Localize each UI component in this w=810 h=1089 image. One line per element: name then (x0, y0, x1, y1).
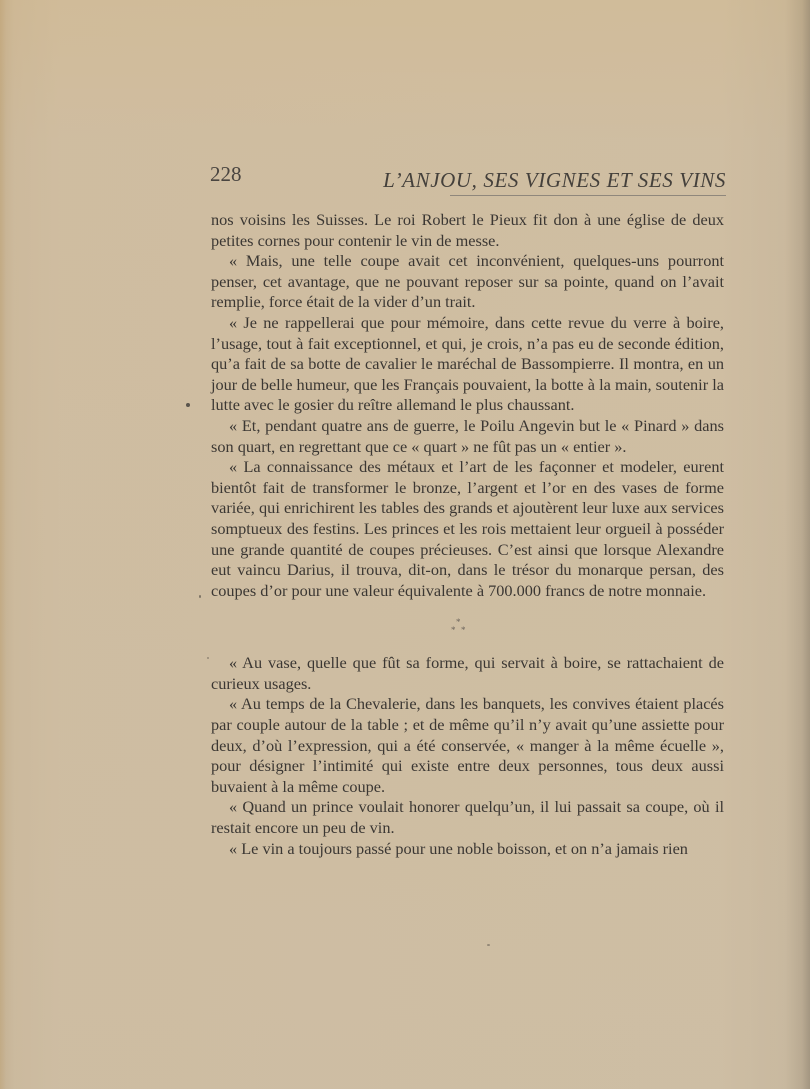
running-title: L’ANJOU, SES VIGNES ET SES VINS (383, 168, 726, 193)
paragraph: « Le vin a toujours passé pour une noble… (211, 839, 724, 860)
page-right-edge-shadow (802, 0, 810, 1089)
paragraph: « Au temps de la Chevalerie, dans les ba… (211, 694, 724, 797)
asterism-star-icon: * (456, 618, 461, 627)
paragraph: « Quand un prince voulait honorer quelqu… (211, 797, 724, 838)
paragraph: « Au vase, quelle que fût sa forme, qui … (211, 653, 724, 694)
asterism-star-icon: * (451, 626, 456, 635)
asterism-star-icon: * (461, 626, 466, 635)
paragraph: nos voisins les Suisses. Le roi Robert l… (211, 210, 724, 251)
page-number: 228 (210, 162, 242, 187)
scan-speck (199, 595, 201, 598)
paragraph: « Mais, une telle coupe avait cet inconv… (211, 251, 724, 313)
scan-speck (487, 944, 490, 946)
header-rule (450, 195, 726, 196)
section-break-asterism: * * * (211, 608, 724, 648)
paragraph: « La connaissance des métaux et l’art de… (211, 457, 724, 601)
running-head: 228 L’ANJOU, SES VIGNES ET SES VINS (210, 160, 726, 200)
body-text: nos voisins les Suisses. Le roi Robert l… (211, 210, 724, 859)
paragraph: « Je ne rappellerai que pour mémoire, da… (211, 313, 724, 416)
scan-speck (186, 403, 190, 407)
paragraph: « Et, pendant quatre ans de guerre, le P… (211, 416, 724, 457)
page-left-edge-shadow (0, 0, 6, 1089)
scan-speck (207, 657, 209, 659)
